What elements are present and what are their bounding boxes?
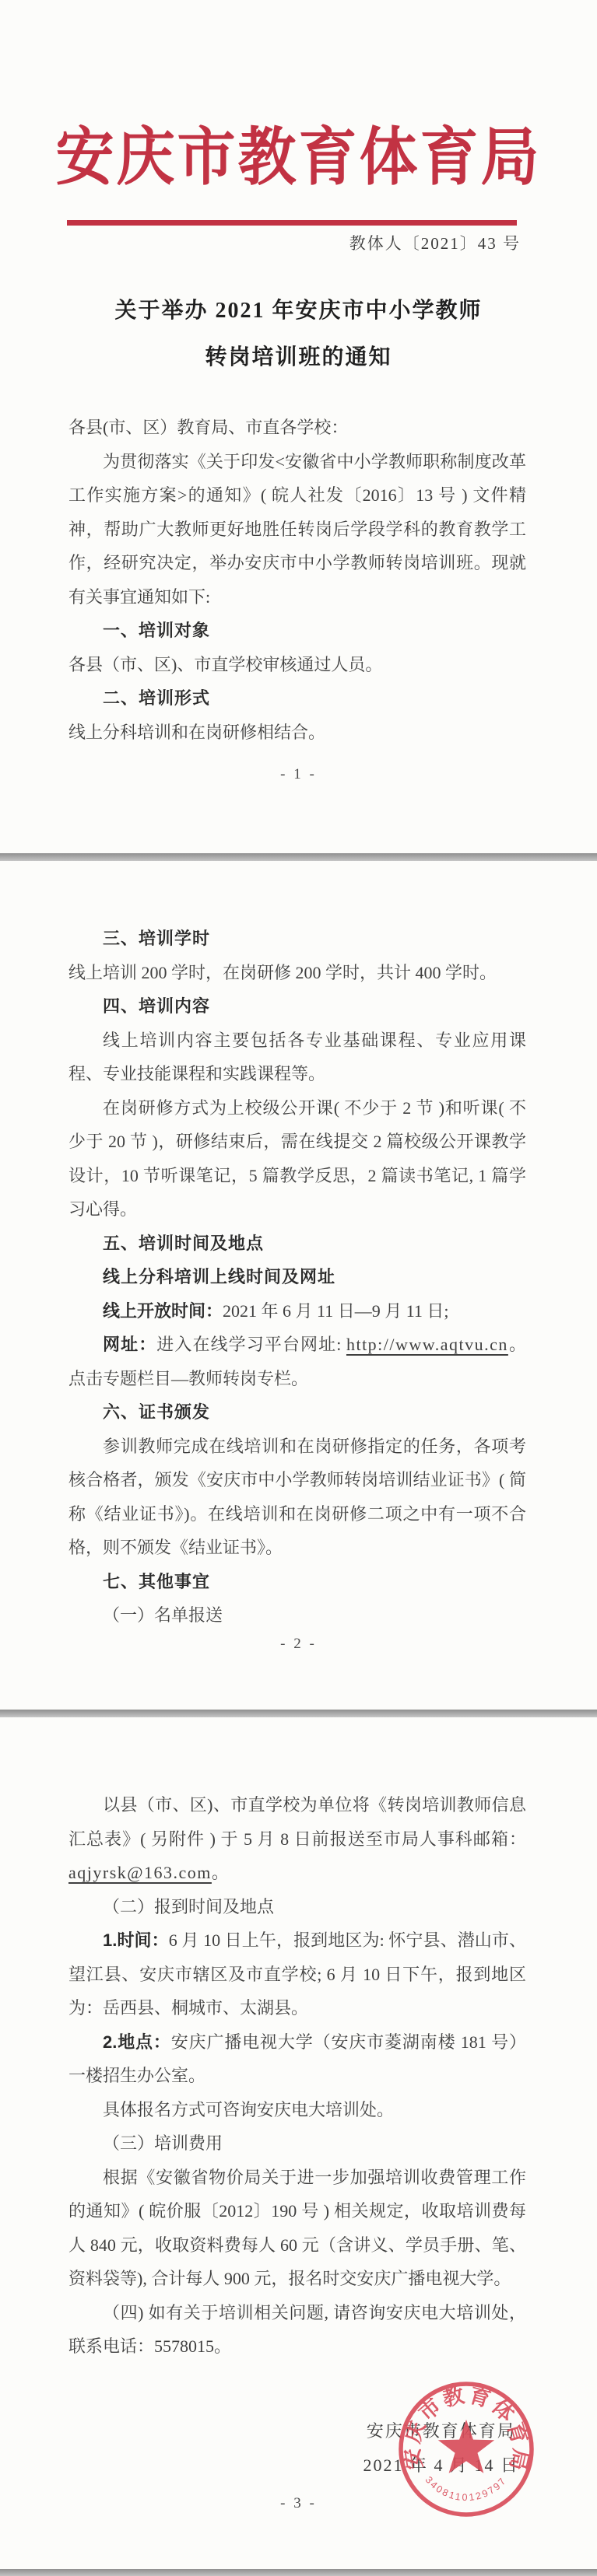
sub2-heading: （二）报到时间及地点 (68, 1890, 526, 1924)
document-page-1: 安庆市教育体育局 教体人〔2021〕43 号 关于举办 2021 年安庆市中小学… (0, 0, 597, 853)
contact-email: aqjyrsk@163.com (68, 1863, 212, 1882)
section2-body: 线上分科培训和在岗研修相结合。 (68, 716, 526, 750)
open-time-line: 线上开放时间：2021 年 6 月 11 日—9 月 11 日; (68, 1294, 526, 1328)
page-number-1: - 1 - (0, 766, 597, 783)
section5-subheading: 线上分科培训上线时间及网址 (68, 1260, 526, 1294)
section2-heading: 二、培训形式 (68, 681, 526, 716)
document-page-3: 以县（市、区)、市直学校为单位将《转岗培训教师信息汇总表》( 另附件 ) 于 5… (0, 1717, 597, 2569)
section1-body: 各县（市、区)、市直学校审核通过人员。 (68, 648, 526, 682)
time-label: 1.时间： (103, 1930, 169, 1950)
url-suffix: 。 (508, 1335, 526, 1354)
page3-body: 以县（市、区)、市直学校为单位将《转岗培训教师信息汇总表》( 另附件 ) 于 5… (68, 1788, 526, 2364)
seal-star-icon (438, 2420, 494, 2473)
email-suffix: 。 (212, 1863, 229, 1882)
section3-body: 线上培训 200 学时，在岗研修 200 学时，共计 400 学时。 (68, 956, 526, 990)
sub3-heading: （三）培训费用 (68, 2126, 526, 2161)
agency-header: 安庆市教育体育局 (0, 107, 597, 198)
fee-paragraph: 根据《安徽省物价局关于进一步加强培训收费管理工作的通知》( 皖价服〔2012〕1… (68, 2161, 526, 2296)
final-paragraph: （四) 如有关于培训相关问题, 请咨询安庆电大培训处，联系电话：5578015。 (68, 2296, 526, 2364)
notice-title-line1: 关于举办 2021 年安庆市中小学教师 (0, 288, 597, 334)
red-divider-line (67, 220, 517, 226)
section5-heading: 五、培训时间及地点 (68, 1227, 526, 1261)
page-gap-divider-1 (0, 853, 597, 861)
consult-line: 具体报名方式可咨询安庆电大培训处。 (68, 2093, 526, 2127)
report-paragraph: 以县（市、区)、市直学校为单位将《转岗培训教师信息汇总表》( 另附件 ) 于 5… (68, 1788, 526, 1890)
time-paragraph: 1.时间：6 月 10 日上午，报到地区为: 怀宁县、潜山市、望江县、安庆市辖区… (68, 1923, 526, 2025)
salutation: 各县(市、区）教育局、市直各学校： (68, 411, 526, 445)
document-page-2: 三、培训学时 线上培训 200 学时，在岗研修 200 学时，共计 400 学时… (0, 861, 597, 1710)
bottom-edge-strip (0, 2569, 597, 2576)
platform-url: http://www.aqtvu.cn (346, 1335, 508, 1354)
open-time-value: 2021 年 6 月 11 日—9 月 11 日; (223, 1301, 448, 1321)
url-prefix: 进入在线学习平台网址: (156, 1335, 346, 1354)
place-label: 2.地点： (103, 2032, 171, 2052)
page1-body: 各县(市、区）教育局、市直各学校： 为贯彻落实《关于印发<安徽省中小学教师职称制… (68, 411, 526, 749)
section3-heading: 三、培训学时 (68, 922, 526, 956)
section1-heading: 一、培训对象 (68, 614, 526, 648)
url-label: 网址： (103, 1335, 156, 1354)
open-time-label: 线上开放时间： (103, 1301, 223, 1321)
section4-para2: 在岗研修方式为上校级公开课( 不少于 2 节 )和听课( 不少于 20 节 )，… (68, 1091, 526, 1227)
page-number-3: - 3 - (0, 2495, 597, 2512)
section6-heading: 六、证书颁发 (68, 1395, 526, 1430)
section4-para1: 线上培训内容主要包括各专业基础课程、专业应用课程、专业技能课程和实践课程等。 (68, 1024, 526, 1091)
url-continuation: 点击专题栏目—教师转岗专栏。 (68, 1369, 308, 1388)
report-prefix: 以县（市、区)、市直学校为单位将《转岗培训教师信息汇总表》( 另附件 ) 于 5… (68, 1795, 526, 1849)
sub1-heading: （一）名单报送 (68, 1598, 526, 1633)
section6-body: 参训教师完成在线培训和在岗研修指定的任务，各项考核合格者，颁发《安庆市中小学教师… (68, 1430, 526, 1565)
url-line: 网址：进入在线学习平台网址: http://www.aqtvu.cn。点击专题栏… (68, 1328, 526, 1395)
notice-title-line2: 转岗培训班的通知 (0, 334, 597, 381)
page2-body: 三、培训学时 线上培训 200 学时，在岗研修 200 学时，共计 400 学时… (68, 922, 526, 1633)
section4-heading: 四、培训内容 (68, 989, 526, 1024)
doc-number: 教体人〔2021〕43 号 (349, 231, 521, 254)
page-number-2: - 2 - (0, 1636, 597, 1653)
page-gap-divider-2 (0, 1710, 597, 1717)
place-paragraph: 2.地点：安庆广播电视大学（安庆市菱湖南楼 181 号）一楼招生办公室。 (68, 2025, 526, 2093)
notice-title: 关于举办 2021 年安庆市中小学教师 转岗培训班的通知 (0, 288, 597, 381)
intro-paragraph: 为贯彻落实《关于印发<安徽省中小学教师职称制度改革工作实施方案>的通知》( 皖人… (68, 445, 526, 614)
section7-heading: 七、其他事宜 (68, 1565, 526, 1599)
